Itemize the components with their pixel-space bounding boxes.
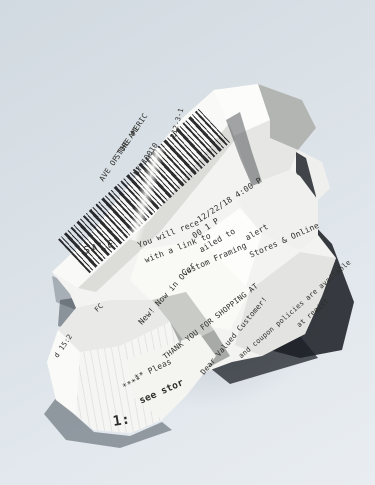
receipt-photo: STORE #1 AVE OF THE AMERIC , NY 10010 21… [0, 0, 375, 485]
receipt-text-total-fragment: 1: [112, 411, 132, 430]
